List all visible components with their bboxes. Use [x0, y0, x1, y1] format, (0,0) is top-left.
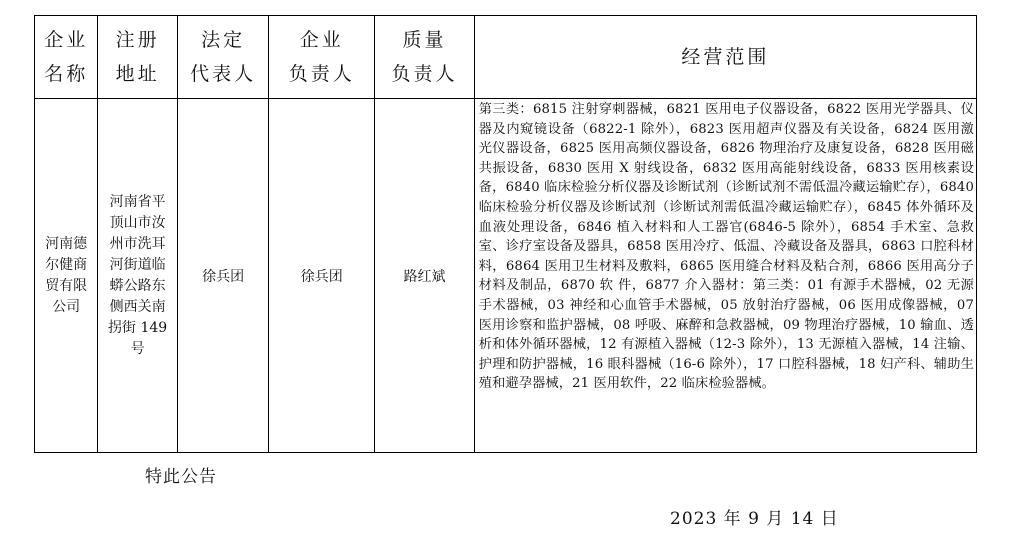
enterprise-head-cell: 徐兵团: [269, 99, 375, 453]
header-business-scope: 经营范围: [474, 16, 976, 99]
header-company-name: 企业 名称: [35, 16, 98, 99]
registered-address-cell: 河南省平顶山市汝州市洗耳河街道临蟒公路东侧西关南拐街 149 号: [98, 99, 178, 453]
header-registered-address: 注册 地址: [98, 16, 178, 99]
quality-head-cell: 路红斌: [375, 99, 475, 453]
enterprise-info-table: 企业 名称 注册 地址 法定 代表人 企业 负责人 质量 负责人 经营范围 河南…: [34, 15, 977, 453]
announcement-date: 2023 年 9 月 14 日: [670, 504, 839, 529]
table-row: 河南德尔健商贸有限公司 河南省平顶山市汝州市洗耳河街道临蟒公路东侧西关南拐街 1…: [35, 99, 977, 453]
header-enterprise-head: 企业 负责人: [269, 16, 375, 99]
announcement-closing: 特此公告: [145, 462, 217, 487]
header-legal-representative: 法定 代表人: [177, 16, 269, 99]
business-scope-cell: 第三类：6815 注射穿刺器械，6821 医用电子仪器设备，6822 医用光学器…: [474, 99, 976, 453]
header-quality-head: 质量 负责人: [375, 16, 475, 99]
company-name-cell: 河南德尔健商贸有限公司: [35, 99, 98, 453]
legal-representative-cell: 徐兵团: [177, 99, 269, 453]
table-header-row: 企业 名称 注册 地址 法定 代表人 企业 负责人 质量 负责人 经营范围: [35, 16, 977, 99]
